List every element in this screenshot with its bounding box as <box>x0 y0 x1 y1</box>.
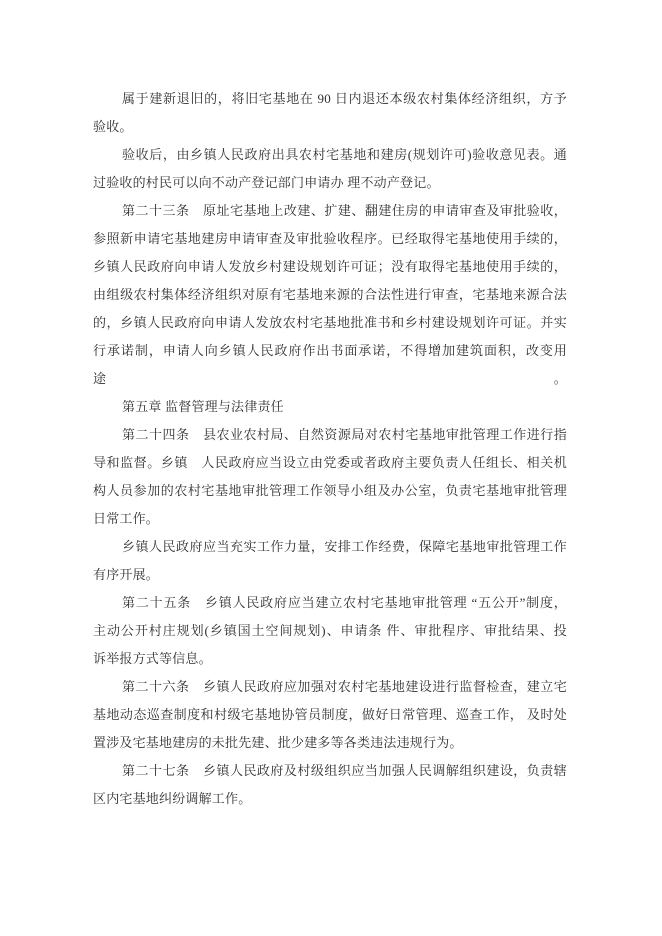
text-line: 由组级农村集体经济组织对原有宅基地来源的合法性进行审查，宅基地来源合法 <box>93 281 567 309</box>
text-line: 参照新申请宅基地建房申请审查及审批验收程序。已经取得宅基地使用手续的， <box>93 225 567 253</box>
text-line: 验收。 <box>93 113 567 141</box>
text-line: 基地动态巡查制度和村级宅基地协管员制度，做好日常管理、巡查工作， 及时处 <box>93 701 567 729</box>
text-line: 的，乡镇人民政府向申请人发放农村宅基地批准书和乡村建设规划许可证。并实 <box>93 309 567 337</box>
text-line: 有序开展。 <box>93 561 567 589</box>
text-line: 构人员参加的农村宅基地审批管理工作领导小组及办公室，负责宅基地审批管理 <box>93 477 567 505</box>
text-line: 第二十三条 原址宅基地上改建、扩建、翻建住房的申请审查及审批验收， <box>93 197 567 225</box>
text-line: 诉举报方式等信息。 <box>93 645 567 673</box>
text-line: 验收后，由乡镇人民政府出具农村宅基地和建房(规划许可)验收意见表。通 <box>93 141 567 169</box>
text-line: 行承诺制，申请人向乡镇人民政府作出书面承诺，不得增加建筑面积，改变用途。 <box>93 337 567 365</box>
text-line: 区内宅基地纠纷调解工作。 <box>93 785 567 813</box>
text-line: 第二十六条 乡镇人民政府应加强对农村宅基地建设进行监督检查，建立宅 <box>93 673 567 701</box>
text-line: 属于建新退旧的，将旧宅基地在 90 日内退还本级农村集体经济组织，方予 <box>93 85 567 113</box>
chapter-heading: 第五章 监督管理与法律责任 <box>93 393 567 421</box>
text-line: 乡镇人民政府向申请人发放乡村建设规划许可证；没有取得宅基地使用手续的， <box>93 253 567 281</box>
text-line: 日常工作。 <box>93 505 567 533</box>
text-line: 第二十七条 乡镇人民政府及村级组织应当加强人民调解组织建设，负责辖 <box>93 757 567 785</box>
text-line: 第二十四条 县农业农村局、自然资源局对农村宅基地审批管理工作进行指 <box>93 421 567 449</box>
document-page: 属于建新退旧的，将旧宅基地在 90 日内退还本级农村集体经济组织，方予 验收。 … <box>93 85 567 813</box>
text-line: 主动公开村庄规划(乡镇国土空间规划)、申请条 件、审批程序、审批结果、投 <box>93 617 567 645</box>
text-line: 导和监督。乡镇 人民政府应当设立由党委或者政府主要负责人任组长、相关机 <box>93 449 567 477</box>
text-line: 乡镇人民政府应当充实工作力量，安排工作经费，保障宅基地审批管理工作 <box>93 533 567 561</box>
text-line: 第二十五条 乡镇人民政府应当建立农村宅基地审批管理 “五公开”制度， <box>93 589 567 617</box>
text-line: 过验收的村民可以向不动产登记部门申请办 理不动产登记。 <box>93 169 567 197</box>
text-line: 置涉及宅基地建房的未批先建、批少建多等各类违法违规行为。 <box>93 729 567 757</box>
